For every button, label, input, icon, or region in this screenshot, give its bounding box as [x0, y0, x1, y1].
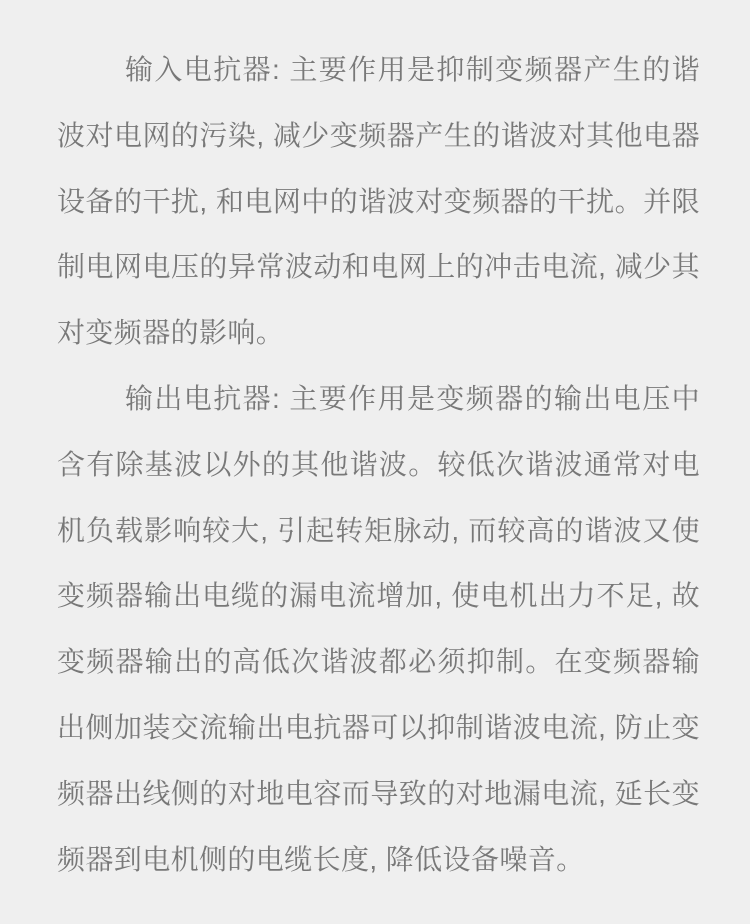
- paragraph-input-reactor: 输入电抗器: 主要作用是抑制变频器产生的谐波对电网的污染, 减少变频器产生的谐波…: [57, 37, 700, 366]
- paragraph-output-reactor: 输出电抗器: 主要作用是变频器的输出电压中含有除基波以外的其他谐波。较低次谐波通…: [57, 366, 700, 892]
- document-page: 输入电抗器: 主要作用是抑制变频器产生的谐波对电网的污染, 减少变频器产生的谐波…: [0, 0, 750, 924]
